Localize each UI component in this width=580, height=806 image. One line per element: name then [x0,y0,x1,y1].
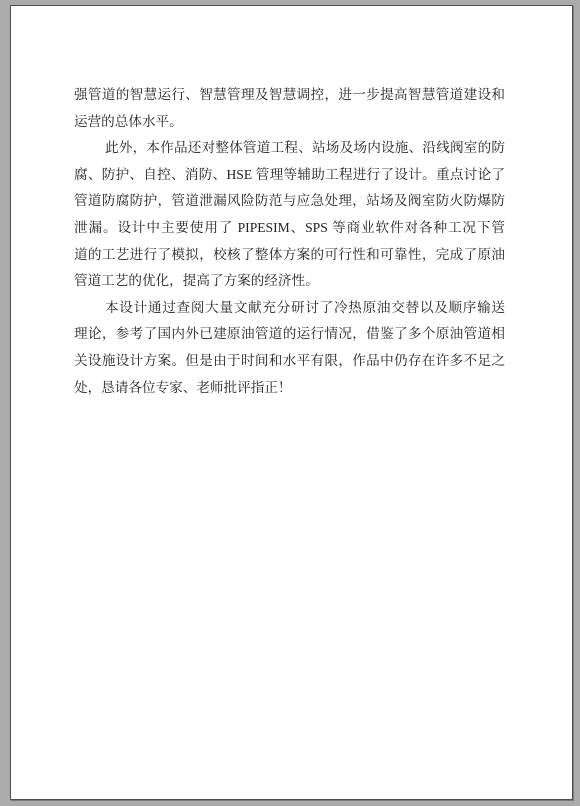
paragraph: 此外，本作品还对整体管道工程、站场及场内设施、沿线阀室的防腐、防护、自控、消防、… [74,135,505,295]
text-line: 强管道的智慧运行、智慧管理及智慧调控，进一步提高智慧管道建设和 [74,82,505,109]
text-line: 理论，参考了国内外已建原油管道的运行情况，借鉴了多个原油管道相 [74,321,505,348]
paragraph: 本设计通过查阅大量文献充分研讨了冷热原油交替以及顺序输送理论，参考了国内外已建原… [74,295,505,401]
text-line: 本设计通过查阅大量文献充分研讨了冷热原油交替以及顺序输送 [74,295,505,322]
text-block: 强管道的智慧运行、智慧管理及智慧调控，进一步提高智慧管道建设和运营的总体水平。此… [74,82,505,401]
text-line: 管道防腐防护，管道泄漏风险防范与应急处理，站场及阀室防火防爆防 [74,188,505,215]
text-line: 腐、防护、自控、消防、HSE 管理等辅助工程进行了设计。重点讨论了 [74,162,505,189]
text-line: 管道工艺的优化，提高了方案的经济性。 [74,268,505,295]
page-background: { "window": { "background_color": "#abab… [0,0,580,806]
document-page: 强管道的智慧运行、智慧管理及智慧调控，进一步提高智慧管道建设和运营的总体水平。此… [10,5,573,800]
text-line: 此外，本作品还对整体管道工程、站场及场内设施、沿线阀室的防 [74,135,505,162]
text-line: 泄漏。设计中主要使用了 PIPESIM、SPS 等商业软件对各种工况下管 [74,215,505,242]
text-line: 处，恳请各位专家、老师批评指正！ [74,375,505,402]
text-line: 道的工艺进行了模拟，校核了整体方案的可行性和可靠性，完成了原油 [74,242,505,269]
text-line: 运营的总体水平。 [74,109,505,136]
text-line: 关设施设计方案。但是由于时间和水平有限，作品中仍存在许多不足之 [74,348,505,375]
paragraph: 强管道的智慧运行、智慧管理及智慧调控，进一步提高智慧管道建设和运营的总体水平。 [74,82,505,135]
